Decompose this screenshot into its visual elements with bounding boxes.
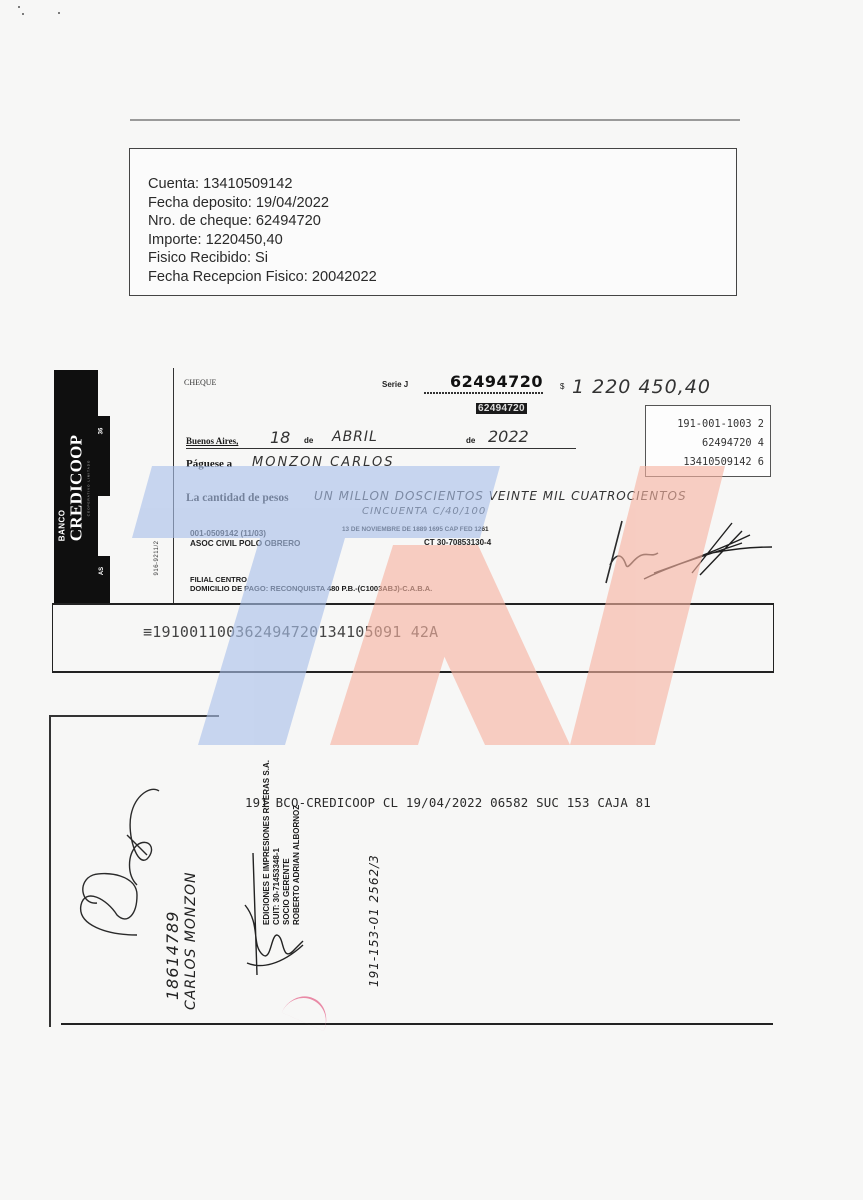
branch-name: FILIAL CENTRO <box>190 575 247 584</box>
amount-handwritten: 1 220 450,40 <box>572 376 711 398</box>
holder-address: 13 DE NOVIEMBRE DE 1889 1695 CAP FED 126… <box>342 526 489 533</box>
holder-cuit: CT 30-70853130-4 <box>424 538 491 547</box>
bank-deposit-stamp: 191 BCO-CREDICOOP CL 19/04/2022 06582 SU… <box>245 795 651 810</box>
company-stamp-line: ROBERTO ADRIAN ALBORNOZ <box>292 760 302 925</box>
amount-words-line1: UN MILLON DOSCIENTOS VEINTE MIL CUATROCI… <box>314 489 687 503</box>
bank-logo-name: CREDICOOP <box>67 435 87 542</box>
currency-symbol: $ <box>560 382 564 391</box>
city-label: Buenos Aires, <box>186 436 238 446</box>
cheque-number-box: 62494720 <box>476 403 527 414</box>
deposit-account: Cuenta: 13410509142 <box>148 175 377 194</box>
micr-line: ≡191001100362494720134105091 42A <box>143 623 438 641</box>
endorser-signature <box>67 775 177 1005</box>
micr-band: ≡191001100362494720134105091 42A <box>52 605 774 673</box>
scan-speck <box>18 6 20 8</box>
date-day: 18 <box>270 428 290 447</box>
company-stamp: EDICIONES E IMPRESIONES RIVERAS S.A. CUI… <box>262 760 302 925</box>
serie-label: Serie J <box>382 380 408 389</box>
back-border-top <box>49 715 219 717</box>
scan-speck <box>22 13 24 15</box>
account-holder: ASOC CIVIL POLO OBRERO <box>190 539 300 548</box>
deposit-amount: Importe: 1220450,40 <box>148 231 377 250</box>
date-month: ABRIL <box>332 429 378 445</box>
pay-to-label: Páguese a <box>186 458 232 470</box>
company-stamp-line: CUIT: 30-71453348-1 <box>272 760 282 925</box>
bank-logo-small: BANCO <box>58 435 67 542</box>
payment-address: DOMICILIO DE PAGO: RECONQUISTA 480 P.B.-… <box>190 584 432 593</box>
handwritten-reference: 191-153-01 2562/3 <box>367 854 381 987</box>
side-mark-bottom: AS <box>99 567 105 575</box>
ref-code-account: 13410509142 6 <box>646 453 764 472</box>
amount-words-label: La cantidad de pesos <box>186 492 289 504</box>
amount-words-line2: CINCUENTA C/40/100 <box>362 506 486 517</box>
endorser-id: 18614789 <box>163 911 182 1000</box>
back-border-left <box>49 715 51 1027</box>
cheque-front: 36 AS BANCO CREDICOOP COOPERATIVO LIMITA… <box>52 368 774 673</box>
deposit-date: Fecha deposito: 19/04/2022 <box>148 194 377 213</box>
company-stamp-line: EDICIONES E IMPRESIONES RIVERAS S.A. <box>262 760 272 925</box>
drawer-signature <box>592 513 782 593</box>
cheque-number: Nro. de cheque: 62494720 <box>148 212 377 231</box>
bank-logo: BANCO CREDICOOP COOPERATIVO LIMITADO <box>58 435 91 542</box>
side-mark-top: 36 <box>98 428 104 435</box>
endorser-name: CARLOS MONZON <box>183 872 199 1010</box>
company-stamp-line: SOCIO GERENTE <box>282 760 292 925</box>
physical-reception-date: Fecha Recepcion Fisico: 20042022 <box>148 268 377 287</box>
de-label: de <box>304 436 313 445</box>
reference-codes-box: 191-001-1003 2 62494720 4 13410509142 6 <box>645 405 771 477</box>
de-label: de <box>466 436 475 445</box>
cheque-divider <box>173 368 174 604</box>
payee-name: MONZON CARLOS <box>252 455 395 470</box>
deposit-info-box: Cuenta: 13410509142 Fecha deposito: 19/0… <box>129 148 737 296</box>
top-rule <box>130 119 740 121</box>
date-year: 2022 <box>488 427 529 446</box>
microprint-line <box>424 392 544 394</box>
side-code: 916-9211/2 <box>154 541 160 576</box>
ref-code-cheque: 62494720 4 <box>646 434 764 453</box>
ref-code-bank: 191-001-1003 2 <box>646 415 764 434</box>
cheque-label: CHEQUE <box>184 378 216 387</box>
scan-speck <box>58 12 60 14</box>
back-border-bottom <box>61 1023 773 1025</box>
cheque-back: 191 BCO-CREDICOOP CL 19/04/2022 06582 SU… <box>49 715 773 1027</box>
date-underline <box>186 448 576 449</box>
physical-received: Fisico Recibido: Si <box>148 249 377 268</box>
bank-logo-tagline: COOPERATIVO LIMITADO <box>87 435 91 542</box>
cheque-serial-number: 62494720 <box>450 372 543 391</box>
deposit-info-lines: Cuenta: 13410509142 Fecha deposito: 19/0… <box>148 175 377 287</box>
bank-logo-notch <box>96 556 110 605</box>
account-code: 001-0509142 (11/03) <box>190 529 266 538</box>
